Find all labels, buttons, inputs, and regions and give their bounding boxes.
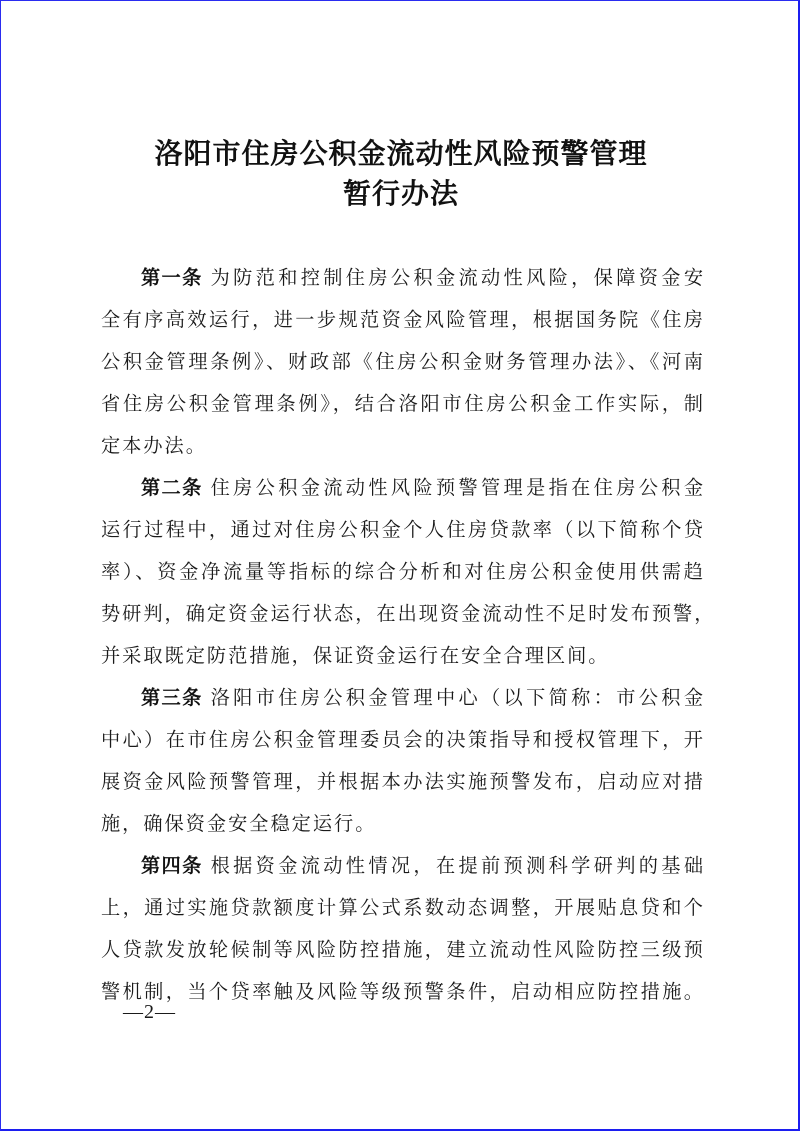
article-line: 人贷款发放轮候制等风险防控措施，建立流动性风险防控三级预 (101, 929, 705, 971)
article-4: 第四条根据资金流动性情况，在提前预测科学研判的基础 上，通过实施贷款额度计算公式… (101, 845, 705, 1013)
article-label: 第四条 (141, 854, 203, 877)
article-line: 上，通过实施贷款额度计算公式系数动态调整，开展贴息贷和个 (101, 887, 705, 929)
article-2: 第二条住房公积金流动性风险预警管理是指在住房公积金 运行过程中，通过对住房公积金… (101, 467, 705, 677)
article-text: 根据资金流动性情况，在提前预测科学研判的基础 (211, 854, 705, 877)
article-1: 第一条为防范和控制住房公积金流动性风险，保障资金安 全有序高效运行，进一步规范资… (101, 257, 705, 467)
article-label: 第一条 (141, 266, 203, 289)
article-line: 第四条根据资金流动性情况，在提前预测科学研判的基础 (101, 845, 705, 887)
article-line: 第三条洛阳市住房公积金管理中心（以下简称：市公积金 (101, 677, 705, 719)
article-label: 第二条 (141, 476, 203, 499)
article-label: 第三条 (141, 686, 203, 709)
article-line: 第一条为防范和控制住房公积金流动性风险，保障资金安 (101, 257, 705, 299)
article-text: 住房公积金流动性风险预警管理是指在住房公积金 (211, 476, 705, 499)
article-line: 警机制，当个贷率触及风险等级预警条件，启动相应防控措施。 (101, 971, 705, 1013)
article-line: 公积金管理条例》、财政部《住房公积金财务管理办法》、《河南 (101, 341, 705, 383)
article-line: 并采取既定防范措施，保证资金运行在安全合理区间。 (101, 635, 705, 677)
document-body: 第一条为防范和控制住房公积金流动性风险，保障资金安 全有序高效运行，进一步规范资… (101, 257, 705, 1013)
document-title-line-2: 暂行办法 (1, 174, 800, 214)
document-page: 洛阳市住房公积金流动性风险预警管理 暂行办法 第一条为防范和控制住房公积金流动性… (0, 0, 800, 1131)
article-line: 全有序高效运行，进一步规范资金风险管理，根据国务院《住房 (101, 299, 705, 341)
article-line: 省住房公积金管理条例》，结合洛阳市住房公积金工作实际，制 (101, 383, 705, 425)
article-line: 展资金风险预警管理，并根据本办法实施预警发布，启动应对措 (101, 761, 705, 803)
article-line: 运行过程中，通过对住房公积金个人住房贷款率（以下简称个贷 (101, 509, 705, 551)
article-line: 势研判，确定资金运行状态，在出现资金流动性不足时发布预警， (101, 593, 705, 635)
article-3: 第三条洛阳市住房公积金管理中心（以下简称：市公积金 中心）在市住房公积金管理委员… (101, 677, 705, 845)
article-line: 中心）在市住房公积金管理委员会的决策指导和授权管理下，开 (101, 719, 705, 761)
article-text: 洛阳市住房公积金管理中心（以下简称：市公积金 (211, 686, 705, 709)
article-line: 率）、资金净流量等指标的综合分析和对住房公积金使用供需趋 (101, 551, 705, 593)
article-text: 为防范和控制住房公积金流动性风险，保障资金安 (211, 266, 705, 289)
article-line: 第二条住房公积金流动性风险预警管理是指在住房公积金 (101, 467, 705, 509)
page-number: —2— (123, 1001, 176, 1024)
document-title-line-1: 洛阳市住房公积金流动性风险预警管理 (1, 134, 800, 174)
article-line: 定本办法。 (101, 425, 705, 467)
article-line: 施，确保资金安全稳定运行。 (101, 803, 705, 845)
